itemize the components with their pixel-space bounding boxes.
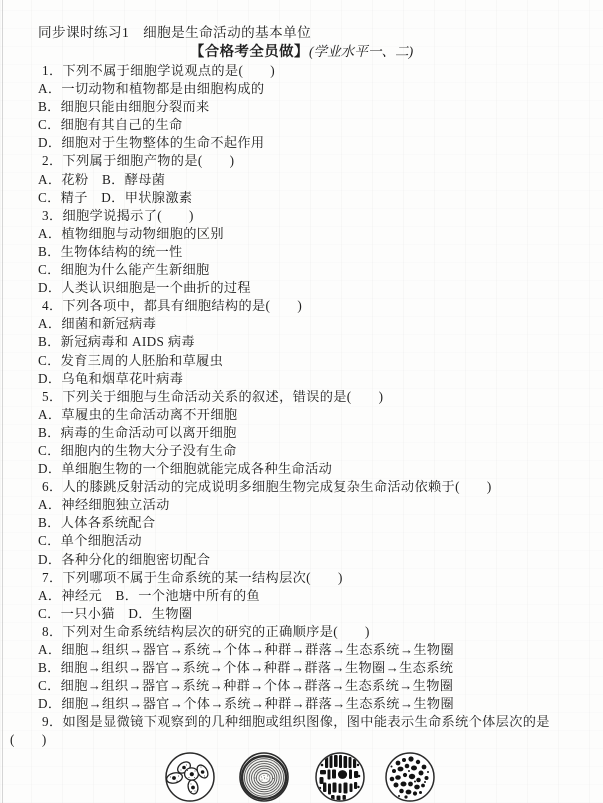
option-line: C．发育三周的人胚胎和草履虫 [0, 352, 603, 370]
option-line: C．单个细胞活动 [0, 532, 603, 550]
question-list: 1．下列不属于细胞学说观点的是( )A．一切动物和植物都是由细胞构成的B．细胞只… [0, 62, 603, 750]
option-line: B．人体各系统配合 [0, 514, 603, 532]
option-line: D．细胞→组织→器官→个体→系统→种群→群落→生态系统→生物圈 [0, 695, 603, 713]
option-line: A．一切动物和植物都是由细胞构成的 [0, 80, 603, 98]
question-stem: 6．人的膝跳反射活动的完成说明多细胞生物完成复杂生命活动依赖于( ) [0, 478, 603, 496]
question-stem: 3．细胞学说揭示了( ) [0, 207, 603, 225]
option-line: A．神经元 B．一个池塘中所有的鱼 [0, 587, 603, 605]
option-line: D．细胞对于生物整体的生命不起作用 [0, 134, 603, 152]
option-line: B．生物体结构的统一性 [0, 243, 603, 261]
option-line: D．乌龟和烟草花叶病毒 [0, 370, 603, 388]
option-line: B．细胞只能由细胞分裂而来 [0, 98, 603, 116]
section-header-note: (学业水平一、二) [309, 44, 413, 59]
option-line: C．细胞有其自己的生命 [0, 116, 603, 134]
question-stem: 2．下列属于细胞产物的是( ) [0, 152, 603, 170]
option-line: B．细胞→组织→器官→系统→个体→种群→群落→生物圈→生态系统 [0, 659, 603, 677]
question-stem: 7．下列哪项不属于生命系统的某一结构层次( ) [0, 569, 603, 587]
page-title: 同步课时练习1 细胞是生命活动的基本单位 [38, 24, 603, 42]
question-stem: 4．下列各项中，都具有细胞结构的是( ) [0, 297, 603, 315]
option-line: C．精子 D．甲状腺激素 [0, 189, 603, 207]
section-header: 【合格考全员做】(学业水平一、二) [0, 42, 603, 62]
option-line: A．植物细胞与动物细胞的区别 [0, 225, 603, 243]
scan-edge-artifact [2, 0, 3, 803]
question-stem: 8．下列对生命系统结构层次的研究的正确顺序是( ) [0, 623, 603, 641]
option-line: C．一只小猫 D．生物圈 [0, 605, 603, 623]
option-line: B．病毒的生命活动可以离开细胞 [0, 424, 603, 442]
micrograph-layered-round-cell-icon [238, 751, 290, 803]
option-line: D．人类认识细胞是一个曲折的过程 [0, 279, 603, 297]
question-stem: 5．下列关于细胞与生命活动关系的叙述，错误的是( ) [0, 388, 603, 406]
answer-bracket: ( ) [0, 731, 603, 749]
section-header-bold: 【合格考全员做】 [190, 44, 309, 60]
option-line: D．各种分化的细胞密切配合 [0, 551, 603, 569]
option-line: A．细胞→组织→器官→系统→个体→种群→群落→生态系统→生物圈 [0, 641, 603, 659]
option-line: D．单细胞生物的一个细胞就能完成各种生命活动 [0, 460, 603, 478]
option-line: C．细胞→组织→器官→系统→种群→个体→群落→生态系统→生物圈 [0, 677, 603, 695]
micrograph-cell-cluster-icon [164, 751, 216, 803]
option-line: A．神经细胞独立活动 [0, 496, 603, 514]
option-line: C．细胞内的生物大分子没有生命 [0, 442, 603, 460]
option-line: A．花粉 B．酵母菌 [0, 171, 603, 189]
question-stem: 1．下列不属于细胞学说观点的是( ) [0, 62, 603, 80]
question-stem: 9．如图是显微镜下观察到的几种细胞或组织图像，图中能表示生命系统个体层次的是 [0, 713, 603, 731]
micrograph-scattered-granules-icon [384, 751, 436, 803]
worksheet-page: 同步课时练习1 细胞是生命活动的基本单位 【合格考全员做】(学业水平一、二) 1… [0, 24, 603, 750]
micrograph-columnar-tissue-icon [314, 751, 366, 803]
option-line: B．新冠病毒和 AIDS 病毒 [0, 333, 603, 351]
option-line: A．细菌和新冠病毒 [0, 315, 603, 333]
option-line: A．草履虫的生命活动离不开细胞 [0, 406, 603, 424]
option-line: C．细胞为什么能产生新细胞 [0, 261, 603, 279]
micrograph-row [0, 751, 436, 803]
